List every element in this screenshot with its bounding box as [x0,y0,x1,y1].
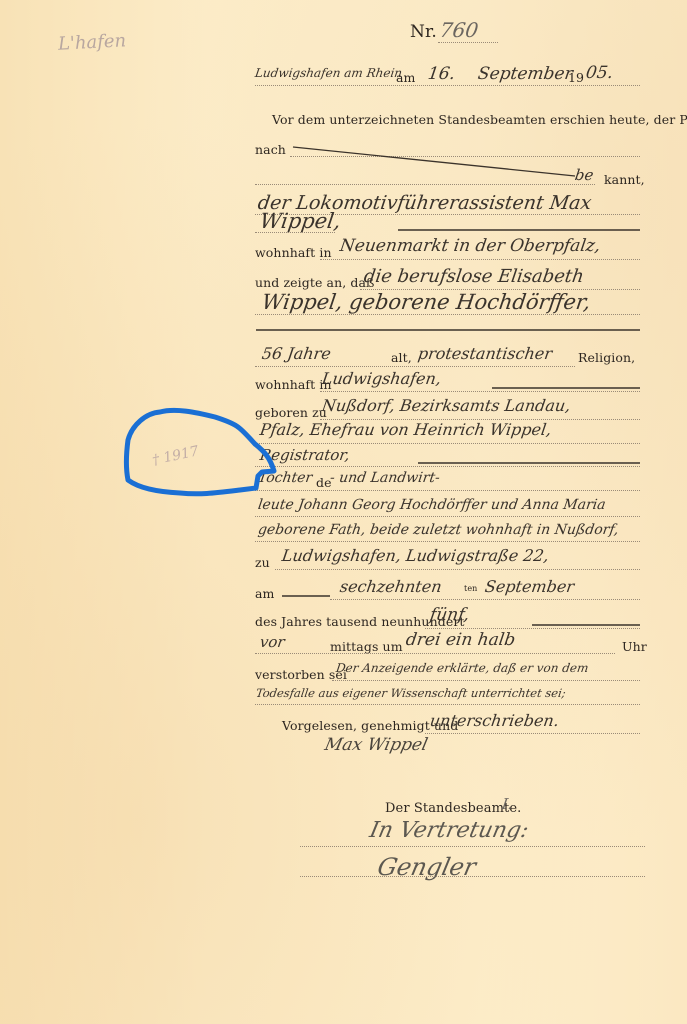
document-page: L'hafen Nr. 760 Ludwigshafen am Rhein am… [0,0,687,1024]
form-rules [0,0,687,1024]
blue-circle-annotation [127,410,275,493]
strike-line-nach [293,147,575,176]
